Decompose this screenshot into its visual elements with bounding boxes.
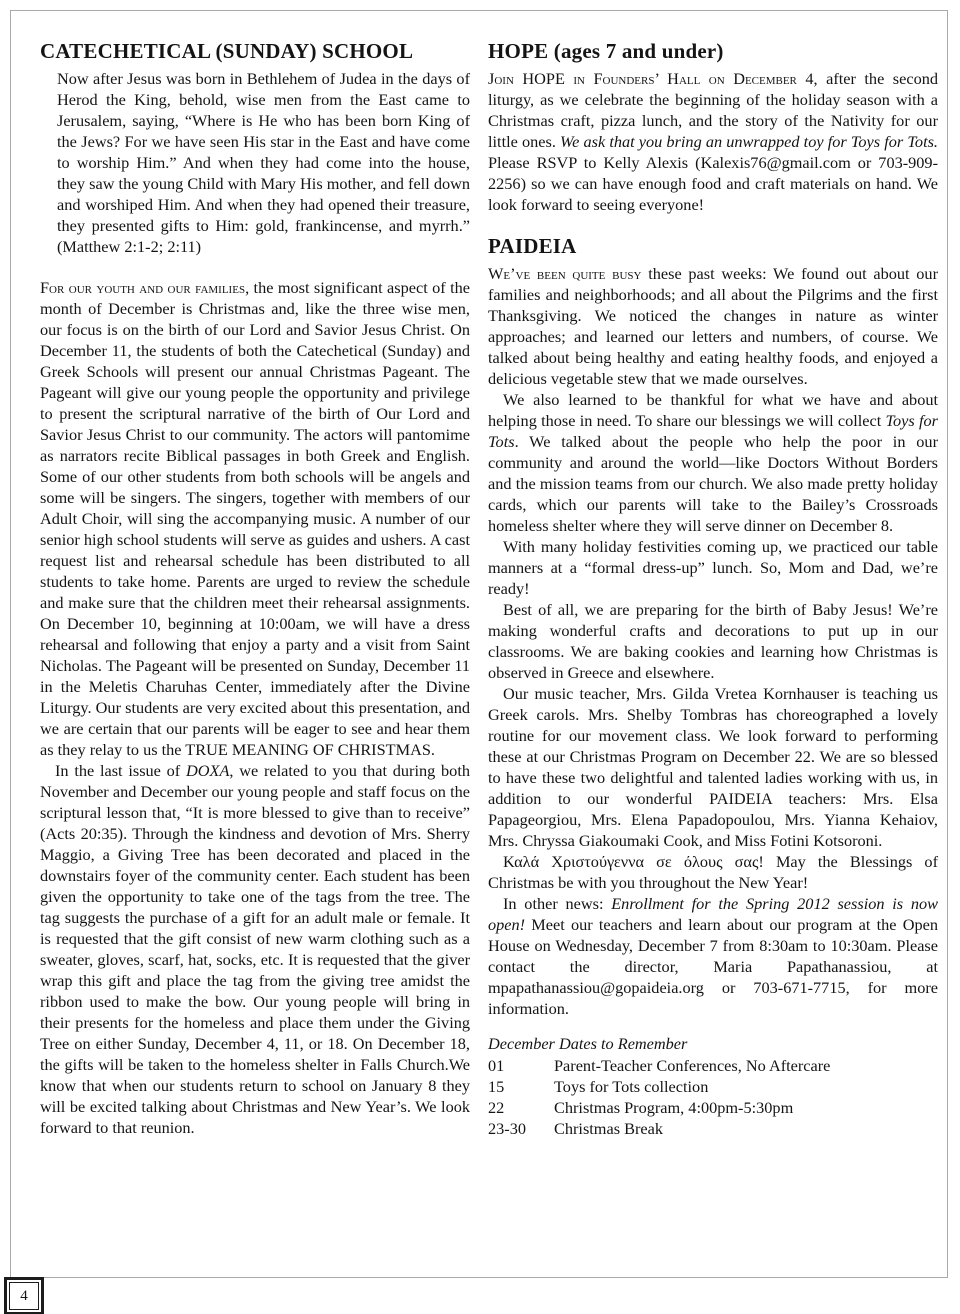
italic-run: Enrollment for the Spring 2012 session i… bbox=[488, 894, 938, 934]
dates-list-heading: December Dates to Remember bbox=[488, 1033, 938, 1054]
paragraph: In other news: Enrollment for the Spring… bbox=[488, 893, 938, 1019]
date-event: Christmas Break bbox=[554, 1118, 938, 1139]
paragraph: With many holiday festivities coming up,… bbox=[488, 536, 938, 599]
paragraph: Καλά Χριστούγεννα σε όλους σας! May the … bbox=[488, 851, 938, 893]
smallcaps-run: We’ve been quite busy bbox=[488, 264, 641, 283]
section-heading: HOPE (ages 7 and under) bbox=[488, 38, 938, 64]
italic-run: We ask that you bring an unwrapped toy f… bbox=[560, 132, 938, 151]
italic-run: DOXA bbox=[186, 761, 229, 780]
left-column: CATECHETICAL (SUNDAY) SCHOOLNow after Je… bbox=[40, 38, 470, 1138]
date-row: 22Christmas Program, 4:00pm-5:30pm bbox=[488, 1097, 938, 1118]
date-event: Parent-Teacher Conferences, No Aftercare bbox=[554, 1055, 938, 1076]
paragraph: Join HOPE in Founders’ Hall on December … bbox=[488, 68, 938, 215]
paragraph: We also learned to be thankful for what … bbox=[488, 389, 938, 536]
date-value: 01 bbox=[488, 1055, 554, 1076]
date-event: Christmas Program, 4:00pm-5:30pm bbox=[554, 1097, 938, 1118]
section-heading: PAIDEIA bbox=[488, 233, 938, 259]
paragraph: Our music teacher, Mrs. Gilda Vretea Kor… bbox=[488, 683, 938, 851]
page-number-box: 4 bbox=[4, 1277, 44, 1314]
date-value: 23-30 bbox=[488, 1118, 554, 1139]
right-column: HOPE (ages 7 and under)Join HOPE in Foun… bbox=[488, 38, 938, 1139]
date-event: Toys for Tots collection bbox=[554, 1076, 938, 1097]
section-heading: CATECHETICAL (SUNDAY) SCHOOL bbox=[40, 38, 470, 64]
scripture-blockquote: Now after Jesus was born in Bethlehem of… bbox=[57, 68, 470, 257]
date-row: 23-30Christmas Break bbox=[488, 1118, 938, 1139]
smallcaps-run: Join HOPE in Founders’ Hall on December … bbox=[488, 69, 814, 88]
smallcaps-run: For our youth and our families bbox=[40, 278, 245, 297]
paragraph: Best of all, we are preparing for the bi… bbox=[488, 599, 938, 683]
date-value: 22 bbox=[488, 1097, 554, 1118]
paragraph: For our youth and our families, the most… bbox=[40, 277, 470, 760]
italic-run: Toys for Tots bbox=[488, 411, 938, 451]
paragraph: In the last issue of DOXA, we related to… bbox=[40, 760, 470, 1138]
date-row: 15Toys for Tots collection bbox=[488, 1076, 938, 1097]
date-row: 01Parent-Teacher Conferences, No Afterca… bbox=[488, 1055, 938, 1076]
paragraph: We’ve been quite busy these past weeks: … bbox=[488, 263, 938, 389]
dates-list: 01Parent-Teacher Conferences, No Afterca… bbox=[488, 1055, 938, 1139]
page-number: 4 bbox=[9, 1282, 39, 1310]
date-value: 15 bbox=[488, 1076, 554, 1097]
